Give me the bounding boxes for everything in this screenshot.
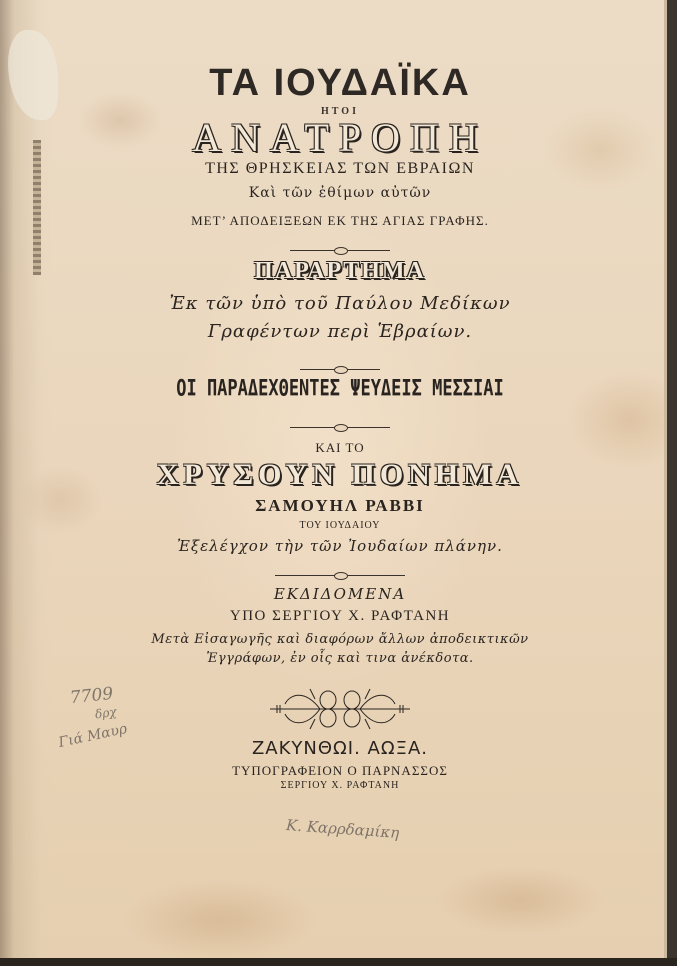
refuting-line: Ἐξελέγχον τὴν τῶν Ἰουδαίων πλάνην. (100, 537, 580, 555)
book-spine-edge (0, 0, 52, 958)
introduction-line-1: Μετὰ Εἰσαγωγῆς καὶ διαφόρων ἄλλων ἀποδει… (100, 632, 580, 647)
scan-bottom-edge (0, 958, 677, 966)
flourish-ornament-icon (265, 684, 415, 734)
appendix-line-2: Γραφέντων περὶ Ἑβραίων. (100, 321, 580, 342)
and-the-label: ΚΑΙ ΤΟ (100, 440, 580, 456)
subtitle-line-customs: Καὶ τῶν ἐθίμων αὐτῶν (100, 185, 580, 201)
of-the-jew-label: ΤΟΥ ΙΟΥΔΑΙΟΥ (100, 520, 580, 531)
place-and-year: ΖΑΚΥΝΘΩΙ. ΑΩΞΑ. (100, 738, 580, 759)
appendix-heading: ΠΑΡΑΡΤΗΜΑ (100, 258, 580, 285)
divider-ornament (300, 367, 380, 373)
title-page: ΤΑ ΙΟΥΔΑΪΚΑ ΗΤΟΙ ΑΝΑΤΡΟΠΗ ΤΗΣ ΘΡΗΣΚΕΙΑΣ … (0, 0, 667, 960)
handwritten-note: δρχ (94, 705, 117, 722)
published-label: ΕΚΔΙΔΟΜΕΝΑ (100, 585, 580, 603)
divider-ornament (290, 248, 390, 254)
subtitle-line-proofs: ΜΕΤ’ ΑΠΟΔΕΙΞΕΩΝ ΕΚ ΤΗΣ ΑΓΙΑΣ ΓΡΑΦΗΣ. (100, 213, 580, 229)
handwritten-signature: Κ. Καρρδαμίκη (286, 816, 400, 842)
divider-ornament (290, 425, 390, 431)
editor-name: ΥΠΟ ΣΕΡΓΙΟΥ Χ. ΡΑΦΤΑΝΗ (100, 608, 580, 625)
false-messiahs-heading: ΟΙ ΠΑΡΑΔΕΧΘΕΝΤΕΣ ΨΕΥΔΕΙΣ ΜΕΣΣΙΑΙ (100, 376, 580, 402)
introduction-line-2: Ἐγγράφων, ἐν οἷς καὶ τινα ἀνέκδοτα. (100, 651, 580, 666)
spine-ornament (33, 140, 41, 275)
printer-name: ΤΥΠΟΓΡΑΦΕΙΟΝ Ο ΠΑΡΝΑΣΣΟΣ (100, 763, 580, 779)
handwritten-number: 7709 (69, 684, 114, 708)
rabbi-name: ΣΑΜΟΥΗΛ ΡΑΒΒΙ (100, 496, 580, 516)
main-title: ΤΑ ΙΟΥΔΑΪΚΑ (100, 62, 580, 105)
subtitle: ΑΝΑΤΡΟΠΗ (100, 114, 580, 161)
printer-owner: ΣΕΡΓΙΟΥ Χ. ΡΑΦΤΑΝΗ (100, 780, 580, 791)
subtitle-line-religion: ΤΗΣ ΘΡΗΣΚΕΙΑΣ ΤΩΝ ΕΒΡΑΙΩΝ (100, 160, 580, 178)
golden-poem-heading: ΧΡΥΣΟΥΝ ΠΟΝΗΜΑ (100, 458, 580, 492)
appendix-line-1: Ἐκ τῶν ὑπὸ τοῦ Παύλου Μεδίκων (100, 293, 580, 314)
divider-ornament (275, 573, 405, 579)
